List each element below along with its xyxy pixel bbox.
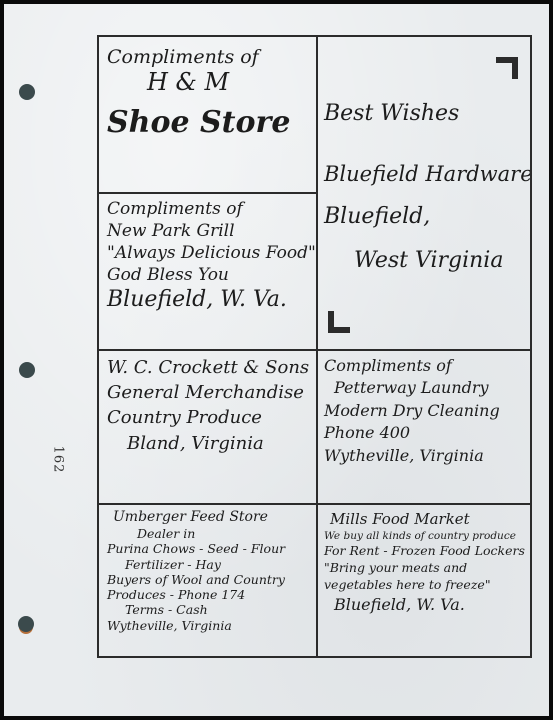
ad-line: Bluefield, W. Va.: [334, 594, 524, 616]
page-number: 162: [50, 446, 65, 474]
corner-bracket-icon: [496, 57, 518, 79]
ad-line: Compliments of: [107, 47, 310, 69]
ad-line: Bluefield Hardware Co.: [324, 162, 524, 186]
ad-line: Country Produce: [107, 405, 310, 430]
ad-line: Purina Chows - Seed - Flour: [107, 541, 310, 556]
binder-hole: [19, 84, 35, 100]
ad-line: Wytheville, Virginia: [324, 445, 524, 467]
ad-mills-food-market: Mills Food Market We buy all kinds of co…: [318, 505, 530, 656]
ad-line: Dealer in: [137, 526, 310, 541]
ad-line: Modern Dry Cleaning: [324, 400, 524, 422]
ad-new-park-grill: Compliments of New Park Grill "Always De…: [101, 194, 316, 349]
ad-line: Bluefield, W. Va.: [107, 286, 310, 315]
ad-line: Compliments of: [324, 355, 524, 377]
ad-line: General Merchandise: [107, 380, 310, 405]
ad-line: Wytheville, Virginia: [107, 618, 310, 633]
ad-umberger-feed-store: Umberger Feed Store Dealer in Purina Cho…: [101, 505, 316, 656]
ad-line: Compliments of: [107, 198, 310, 220]
ad-crockett-sons: W. C. Crockett & Sons General Merchandis…: [101, 351, 316, 503]
ad-line: West Virginia: [354, 248, 524, 273]
ad-line: For Rent - Frozen Food Lockers: [324, 543, 524, 560]
ad-line: Best Wishes: [324, 101, 524, 126]
ad-line: Bland, Virginia: [127, 431, 310, 456]
ad-line: Phone 400: [324, 422, 524, 444]
ad-line: vegetables here to freeze": [324, 577, 524, 594]
ad-line: W. C. Crockett & Sons: [107, 355, 310, 380]
binder-hole: [19, 362, 35, 378]
ad-line: We buy all kinds of country produce: [324, 529, 524, 543]
ad-line: New Park Grill: [107, 220, 310, 242]
ad-line: Petterway Laundry: [334, 377, 524, 399]
ad-line: God Bless You: [107, 264, 310, 286]
ad-line: Bluefield,: [324, 204, 524, 229]
ad-line: H & M: [147, 69, 310, 97]
binder-hole: [18, 616, 34, 632]
ad-hm-shoe-store: Compliments of H & M Shoe Store: [101, 39, 316, 192]
ad-line: Shoe Store: [107, 106, 310, 141]
corner-bracket-icon: [328, 311, 350, 333]
ad-line: Umberger Feed Store: [113, 509, 310, 526]
ad-line: Fertilizer - Hay: [125, 557, 310, 572]
ad-line: Terms - Cash: [125, 602, 310, 617]
ad-line: "Always Delicious Food": [107, 242, 310, 264]
ad-line: "Bring your meats and: [324, 560, 524, 577]
ad-grid: Compliments of H & M Shoe Store Complime…: [97, 35, 532, 658]
ad-bluefield-hardware: Best Wishes Bluefield Hardware Co. Bluef…: [318, 39, 530, 349]
ad-line: Mills Food Market: [330, 509, 524, 529]
ad-line: Buyers of Wool and Country: [107, 572, 310, 587]
scrapbook-page: 162 Compliments of H & M Shoe Store Comp…: [4, 4, 549, 716]
ad-line: Produces - Phone 174: [107, 587, 310, 602]
ad-petterway-laundry: Compliments of Petterway Laundry Modern …: [318, 351, 530, 503]
